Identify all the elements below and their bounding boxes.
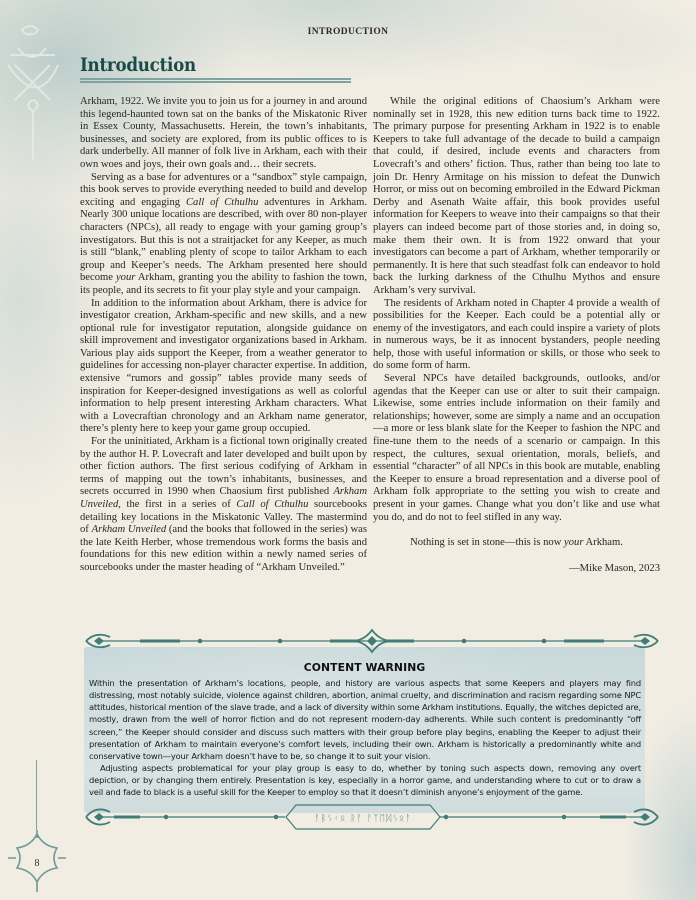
title-double-rule (80, 78, 351, 83)
italic-title: Call of Cthulhu (236, 499, 308, 510)
paragraph: Serving as a base for adventures or a “s… (80, 172, 367, 298)
paragraph: Adjusting aspects problematical for your… (89, 762, 641, 798)
italic-emphasis: your (564, 537, 583, 548)
runic-script-label: ᚨᛒᛊᚲᛟ ᚱᚨ ᚨᛉᛖᛞᛊᛟᚨ (314, 813, 411, 824)
text-run: For the uninitiated, Arkham is a fiction… (80, 436, 367, 497)
chapter-title: Introduction (80, 54, 196, 76)
paragraph: For the uninitiated, Arkham is a fiction… (80, 436, 367, 575)
running-head: INTRODUCTION (0, 27, 696, 37)
text-run: Arkham. (583, 537, 622, 548)
right-column: While the original editions of Chaosium’… (373, 96, 660, 575)
top-border-ornament-icon (80, 628, 664, 654)
paragraph: Within the presentation of Arkham’s loca… (89, 677, 641, 762)
text-run: Nothing is set in stone—this is now (410, 537, 564, 548)
text-run: adventures in Arkham. Nearly 300 unique … (80, 197, 367, 284)
content-warning-body: Within the presentation of Arkham’s loca… (89, 677, 641, 799)
paragraph: Arkham, 1922. We invite you to join us f… (80, 96, 367, 172)
paragraph: The residents of Arkham noted in Chapter… (373, 298, 660, 374)
text-run: , the first in a series of (118, 499, 236, 510)
page-number: 8 (29, 858, 45, 869)
page-number-stem (36, 760, 37, 830)
left-column: Arkham, 1922. We invite you to join us f… (80, 96, 367, 575)
italic-title: Arkham Unveiled (92, 524, 167, 535)
italic-emphasis: your (116, 272, 135, 283)
closing-quote: Nothing is set in stone—this is now your… (373, 537, 660, 550)
content-warning-title: CONTENT WARNING (84, 661, 645, 674)
paragraph: Several NPCs have detailed backgrounds, … (373, 373, 660, 524)
italic-title: Call of Cthulhu (186, 197, 258, 208)
paragraph: In addition to the information about Ark… (80, 298, 367, 437)
paragraph: While the original editions of Chaosium’… (373, 96, 660, 298)
bottom-border-ornament-icon: ᚨᛒᛊᚲᛟ ᚱᚨ ᚨᛉᛖᛞᛊᛟᚨ (80, 800, 664, 834)
author-signature: —Mike Mason, 2023 (373, 563, 660, 576)
